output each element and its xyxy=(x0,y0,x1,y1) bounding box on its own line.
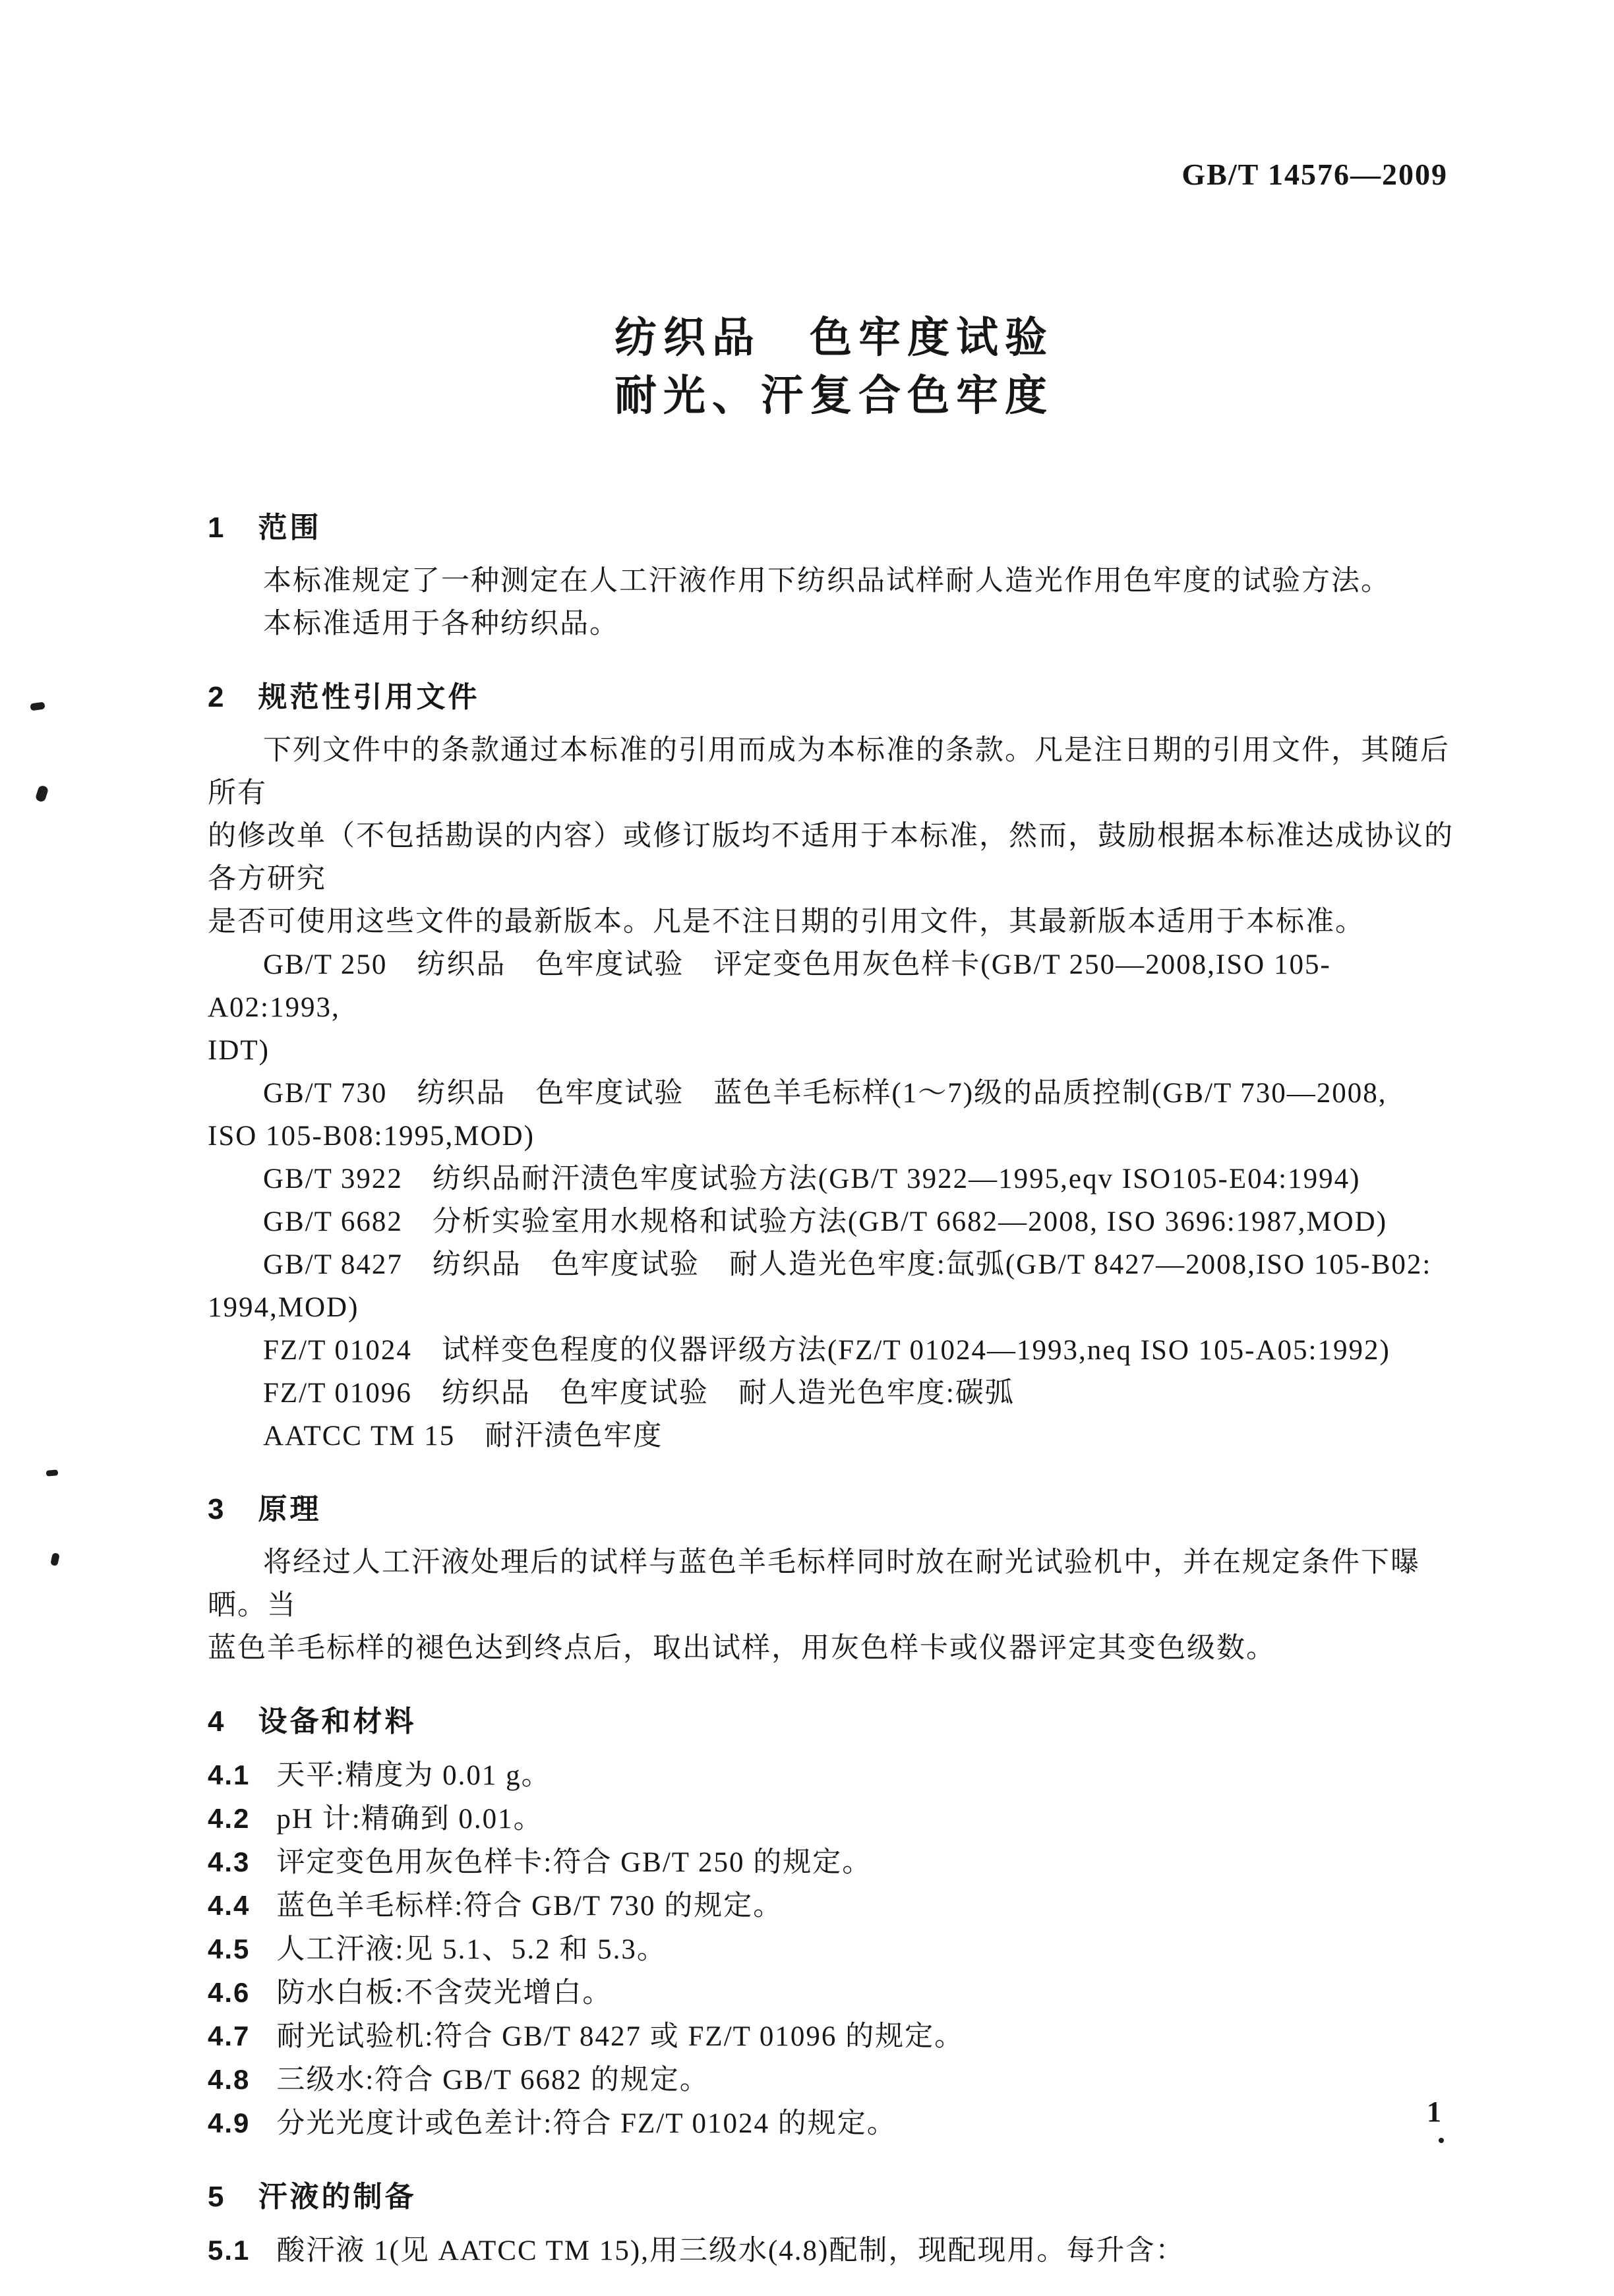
document-content: 纺织品 色牢度试验 耐光、汗复合色牢度 1 范围本标准规定了一种测定在人工汗液作… xyxy=(208,0,1460,2272)
section-heading: 3 原理 xyxy=(208,1488,1460,1531)
clause-number: 4.1 xyxy=(208,1759,250,1790)
clause-line: 4.5人工汗液:见 5.1、5.2 和 5.3。 xyxy=(208,1928,1460,1971)
body-line: 1994,MOD) xyxy=(208,1286,1460,1329)
clause-line: 4.4蓝色羊毛标样:符合 GB/T 730 的规定。 xyxy=(208,1884,1460,1928)
section-heading: 2 规范性引用文件 xyxy=(208,676,1460,719)
body-line: ISO 105-B08:1995,MOD) xyxy=(208,1115,1460,1158)
body-line: FZ/T 01096 纺织品 色牢度试验 耐人造光色牢度:碳弧 xyxy=(208,1372,1460,1415)
body-line: 的修改单（不包括勘误的内容）或修订版均不适用于本标准，然而，鼓励根据本标准达成协… xyxy=(208,815,1460,900)
section-heading: 1 范围 xyxy=(208,506,1460,549)
clause-text: 防水白板:不含荧光增白。 xyxy=(276,1978,612,2009)
clause-text: pH 计:精确到 0.01。 xyxy=(276,1804,543,1835)
clause-text: 耐光试验机:符合 GB/T 8427 或 FZ/T 01096 的规定。 xyxy=(276,2021,964,2052)
body-line: GB/T 3922 纺织品耐汗渍色牢度试验方法(GB/T 3922—1995,e… xyxy=(208,1158,1460,1200)
body-line: GB/T 6682 分析实验室用水规格和试验方法(GB/T 6682—2008,… xyxy=(208,1200,1460,1243)
clause-line: 4.8三级水:符合 GB/T 6682 的规定。 xyxy=(208,2058,1460,2102)
clause-text: 天平:精度为 0.01 g。 xyxy=(276,1760,551,1791)
body-line: 是否可使用这些文件的最新版本。凡是不注日期的引用文件，其最新版本适用于本标准。 xyxy=(208,900,1460,943)
clause-number: 4.6 xyxy=(208,1977,250,2008)
clause-line: 4.3评定变色用灰色样卡:符合 GB/T 250 的规定。 xyxy=(208,1840,1460,1884)
clause-line: 4.1天平:精度为 0.01 g。 xyxy=(208,1753,1460,1797)
scan-dot xyxy=(1439,2138,1444,2143)
body-line: 将经过人工汗液处理后的试样与蓝色羊毛标样同时放在耐光试验机中，并在规定条件下曝晒… xyxy=(208,1541,1460,1627)
scan-speck xyxy=(50,1552,60,1566)
clause-text: 分光光度计或色差计:符合 FZ/T 01024 的规定。 xyxy=(276,2108,896,2139)
clause-text: 人工汗液:见 5.1、5.2 和 5.3。 xyxy=(276,1934,666,1965)
clause-number: 5.1 xyxy=(208,2235,250,2266)
document-title-line-1: 纺织品 色牢度试验 xyxy=(208,311,1460,364)
clause-number: 4.9 xyxy=(208,2107,250,2138)
clause-line: 4.9分光光度计或色差计:符合 FZ/T 01024 的规定。 xyxy=(208,2102,1460,2145)
body-line: GB/T 8427 纺织品 色牢度试验 耐人造光色牢度:氙弧(GB/T 8427… xyxy=(208,1243,1460,1286)
body-line: GB/T 250 纺织品 色牢度试验 评定变色用灰色样卡(GB/T 250—20… xyxy=(208,943,1460,1029)
document-title-line-2: 耐光、汗复合色牢度 xyxy=(208,369,1460,422)
clause-number: 4.3 xyxy=(208,1846,250,1877)
clause-line: 5.1酸汗液 1(见 AATCC TM 15),用三级水(4.8)配制，现配现用… xyxy=(208,2229,1460,2272)
document-page: GB/T 14576—2009 纺织品 色牢度试验 耐光、汗复合色牢度 1 范围… xyxy=(0,0,1614,2296)
body-line: 下列文件中的条款通过本标准的引用而成为本标准的条款。凡是注日期的引用文件，其随后… xyxy=(208,729,1460,815)
clause-number: 4.2 xyxy=(208,1803,250,1834)
clause-line: 4.6防水白板:不含荧光增白。 xyxy=(208,1971,1460,2015)
clause-text: 三级水:符合 GB/T 6682 的规定。 xyxy=(276,2065,709,2096)
clause-number: 4.5 xyxy=(208,1933,250,1964)
clause-number: 4.4 xyxy=(208,1890,250,1921)
section-heading: 5 汗液的制备 xyxy=(208,2175,1460,2218)
clause-number: 4.7 xyxy=(208,2020,250,2051)
body-line: AATCC TM 15 耐汗渍色牢度 xyxy=(208,1415,1460,1457)
body-line: IDT) xyxy=(208,1029,1460,1072)
section-heading: 4 设备和材料 xyxy=(208,1700,1460,1743)
body-line: FZ/T 01024 试样变色程度的仪器评级方法(FZ/T 01024—1993… xyxy=(208,1329,1460,1372)
clause-text: 蓝色羊毛标样:符合 GB/T 730 的规定。 xyxy=(276,1891,783,1922)
scan-speck xyxy=(35,784,49,802)
clause-line: 4.7耐光试验机:符合 GB/T 8427 或 FZ/T 01096 的规定。 xyxy=(208,2015,1460,2058)
clause-text: 酸汗液 1(见 AATCC TM 15),用三级水(4.8)配制，现配现用。每升… xyxy=(276,2235,1185,2266)
page-number: 1 xyxy=(1427,2095,1441,2129)
body-line: 本标准规定了一种测定在人工汗液作用下纺织品试样耐人造光作用色牢度的试验方法。 xyxy=(208,560,1460,603)
body-line: 本标准适用于各种纺织品。 xyxy=(208,603,1460,645)
document-body: 1 范围本标准规定了一种测定在人工汗液作用下纺织品试样耐人造光作用色牢度的试验方… xyxy=(208,506,1460,2272)
clause-line: 4.2pH 计:精确到 0.01。 xyxy=(208,1797,1460,1840)
scan-speck xyxy=(30,702,45,711)
body-line: 蓝色羊毛标样的褪色达到终点后，取出试样，用灰色样卡或仪器评定其变色级数。 xyxy=(208,1627,1460,1670)
body-line: GB/T 730 纺织品 色牢度试验 蓝色羊毛标样(1～7)级的品质控制(GB/… xyxy=(208,1072,1460,1115)
clause-number: 4.8 xyxy=(208,2064,250,2095)
scan-speck xyxy=(46,1469,59,1477)
clause-text: 评定变色用灰色样卡:符合 GB/T 250 的规定。 xyxy=(276,1847,872,1878)
